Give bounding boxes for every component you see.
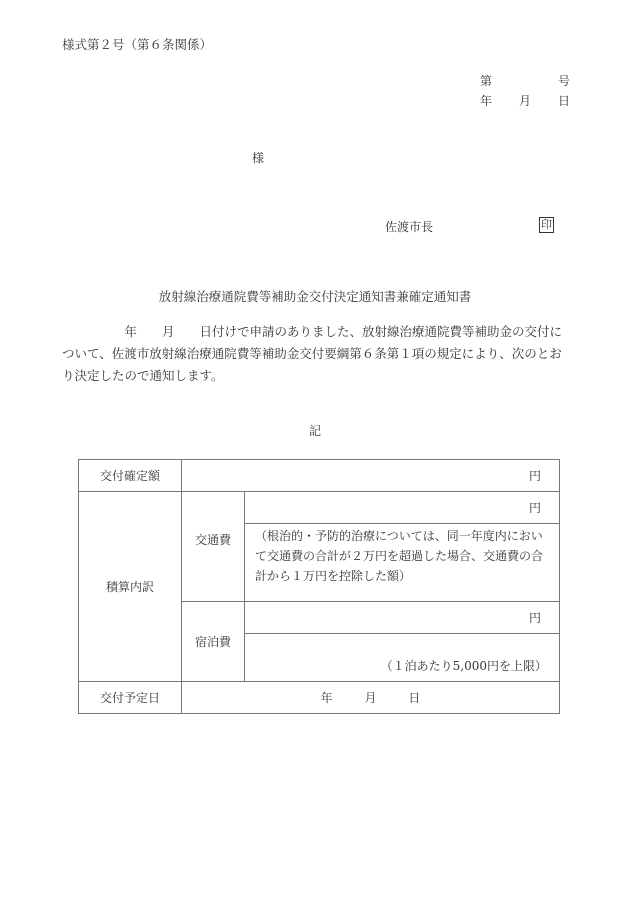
- doc-date-day: 日: [558, 91, 570, 111]
- sender-name: 佐渡市長: [385, 218, 433, 235]
- lodging-label: 宿泊費: [182, 602, 245, 682]
- lodging-amount: 円: [245, 602, 560, 634]
- ki-heading: 記: [0, 422, 630, 439]
- payment-date-month: 月: [351, 689, 391, 706]
- payment-date-day: 日: [394, 689, 434, 706]
- confirmed-amount-label: 交付確定額: [79, 460, 182, 492]
- document-date: 年 月 日: [480, 91, 570, 111]
- doc-date-year: 年: [480, 91, 492, 111]
- table-row: 積算内訳 交通費 円: [79, 492, 560, 524]
- transport-amount: 円: [245, 492, 560, 524]
- table-row: 交付確定額 円: [79, 460, 560, 492]
- doc-number-prefix: 第: [480, 71, 492, 91]
- payment-date-year: 年: [307, 689, 347, 706]
- seal-mark: 印: [539, 217, 554, 233]
- document-number: 第 号: [480, 71, 570, 91]
- payment-date-value: 年 月 日: [182, 682, 560, 714]
- breakdown-label: 積算内訳: [79, 492, 182, 682]
- document-title: 放射線治療通院費等補助金交付決定通知書兼確定通知書: [0, 287, 630, 305]
- transport-note: （根治的・予防的治療については、同一年度内において交通費の合計が２万円を超過した…: [245, 524, 560, 602]
- transport-label: 交通費: [182, 492, 245, 602]
- form-number: 様式第２号（第６条関係）: [62, 35, 212, 53]
- confirmed-amount-value: 円: [182, 460, 560, 492]
- body-paragraph: 年 月 日付けで申請のありました、放射線治療通院費等補助金の交付について、佐渡市…: [62, 321, 572, 387]
- doc-date-month: 月: [519, 91, 531, 111]
- table-row: 交付予定日 年 月 日: [79, 682, 560, 714]
- addressee: 様: [252, 149, 264, 166]
- payment-date-label: 交付予定日: [79, 682, 182, 714]
- grant-summary-table: 交付確定額 円 積算内訳 交通費 円 （根治的・予防的治療については、同一年度内…: [78, 459, 560, 714]
- document-number-block: 第 号 年 月 日: [480, 71, 570, 111]
- body-text: 年 月 日付けで申請のありました、放射線治療通院費等補助金の交付について、佐渡市…: [62, 321, 572, 387]
- doc-number-suffix: 号: [558, 71, 570, 91]
- lodging-note: （１泊あたり5,000円を上限）: [245, 634, 560, 682]
